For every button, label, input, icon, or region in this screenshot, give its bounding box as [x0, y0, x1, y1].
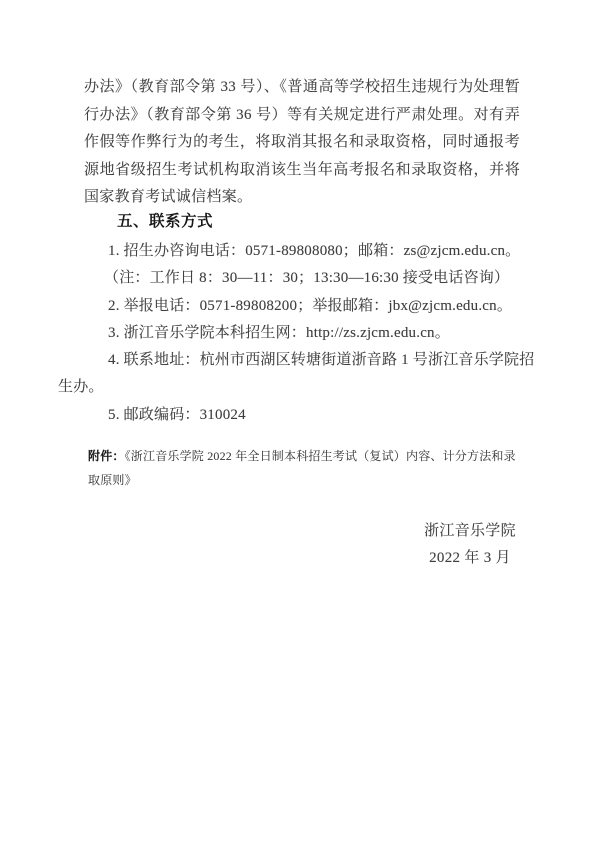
- contact-list: 1. 招生办咨询电话：0571-89808080；邮箱：zs@zjcm.edu.…: [84, 238, 524, 429]
- contact-item-website: 3. 浙江音乐学院本科招生网：http://zs.zjcm.edu.cn。: [84, 320, 524, 347]
- signature-date: 2022 年 3 月: [413, 545, 527, 572]
- signature-block: 浙江音乐学院 2022 年 3 月: [413, 518, 527, 571]
- attachment-line-1: 附件：《浙江音乐学院 2022 年全日制本科招生考试（复试）内容、计分方法和录: [88, 445, 532, 469]
- attachment-note: 附件：《浙江音乐学院 2022 年全日制本科招生考试（复试）内容、计分方法和录 …: [88, 445, 532, 492]
- contact-item-phone: 1. 招生办咨询电话：0571-89808080；邮箱：zs@zjcm.edu.…: [84, 238, 524, 265]
- attachment-title-part1: 《浙江音乐学院 2022 年全日制本科招生考试（复试）内容、计分方法和录: [125, 449, 516, 463]
- body-paragraph: 办法》（教育部令第 33 号）、《普通高等学校招生违规行为处理暂 行办法》（教育…: [84, 74, 520, 212]
- signature-org: 浙江音乐学院: [413, 518, 527, 545]
- body-line: 作假等作弊行为的考生，将取消其报名和录取资格，同时通报考生生: [84, 129, 520, 157]
- body-line: 源地省级招生考试机构取消该生当年高考报名和录取资格，并将记入: [84, 157, 520, 185]
- document-page: 办法》（教育部令第 33 号）、《普通高等学校招生违规行为处理暂 行办法》（教育…: [0, 0, 600, 849]
- contact-item-postcode: 5. 邮政编码：310024: [84, 402, 524, 429]
- contact-item-report-phone: 2. 举报电话：0571-89808200；举报邮箱：jbx@zjcm.edu.…: [84, 293, 524, 320]
- contact-item-hours-note: （注：工作日 8：30—11：30；13:30—16:30 接受电话咨询）: [84, 265, 524, 292]
- body-line: 办法》（教育部令第 33 号）、《普通高等学校招生违规行为处理暂: [84, 74, 520, 102]
- attachment-line-2: 取原则》: [88, 469, 532, 493]
- body-line: 行办法》（教育部令第 36 号）等有关规定进行严肃处理。对有弄虚: [84, 102, 520, 130]
- contact-item-address-wrap: 生办。: [58, 374, 524, 401]
- contact-item-address: 4. 联系地址：杭州市西湖区转塘街道浙音路 1 号浙江音乐学院招: [84, 347, 524, 374]
- attachment-label: 附件：: [88, 449, 125, 463]
- section-heading: 五、联系方式: [117, 211, 213, 233]
- body-line: 国家教育考试诚信档案。: [84, 184, 520, 212]
